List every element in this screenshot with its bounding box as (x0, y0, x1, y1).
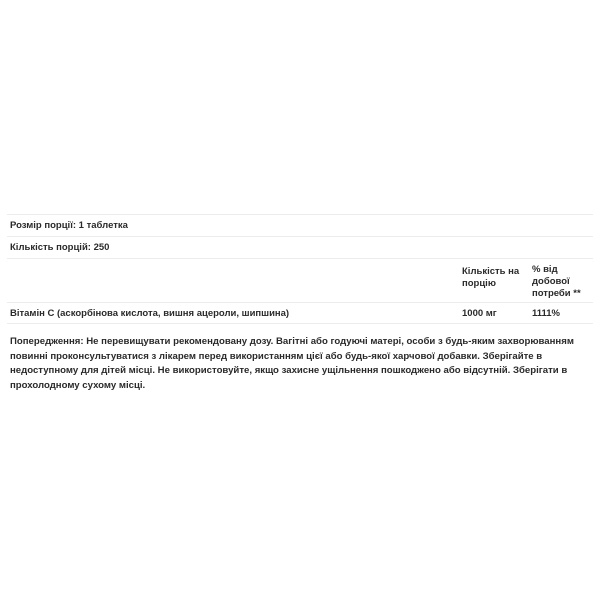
serving-size: Розмір порції: 1 таблетка (10, 220, 128, 231)
warning-text: Попередження: Не перевищувати рекомендов… (10, 335, 595, 393)
table-header-row: Кількість на порцію % від добової потреб… (7, 258, 593, 302)
ingredient-amount: 1000 мг (462, 303, 532, 324)
column-header-daily-value: % від добової потреби ** (532, 264, 592, 300)
ingredient-daily-value: 1111% (532, 303, 592, 324)
table-row: Вітамін С (аскорбінова кислота, вишня ац… (7, 302, 593, 324)
ingredient-name: Вітамін С (аскорбінова кислота, вишня ац… (10, 303, 289, 324)
supplement-facts-table: Розмір порції: 1 таблетка Кількість порц… (7, 214, 593, 324)
servings-per-container: Кількість порцій: 250 (10, 242, 109, 253)
servings-per-container-row: Кількість порцій: 250 (7, 236, 593, 258)
column-header-amount: Кількість на порцію (462, 266, 532, 290)
serving-size-row: Розмір порції: 1 таблетка (7, 214, 593, 236)
